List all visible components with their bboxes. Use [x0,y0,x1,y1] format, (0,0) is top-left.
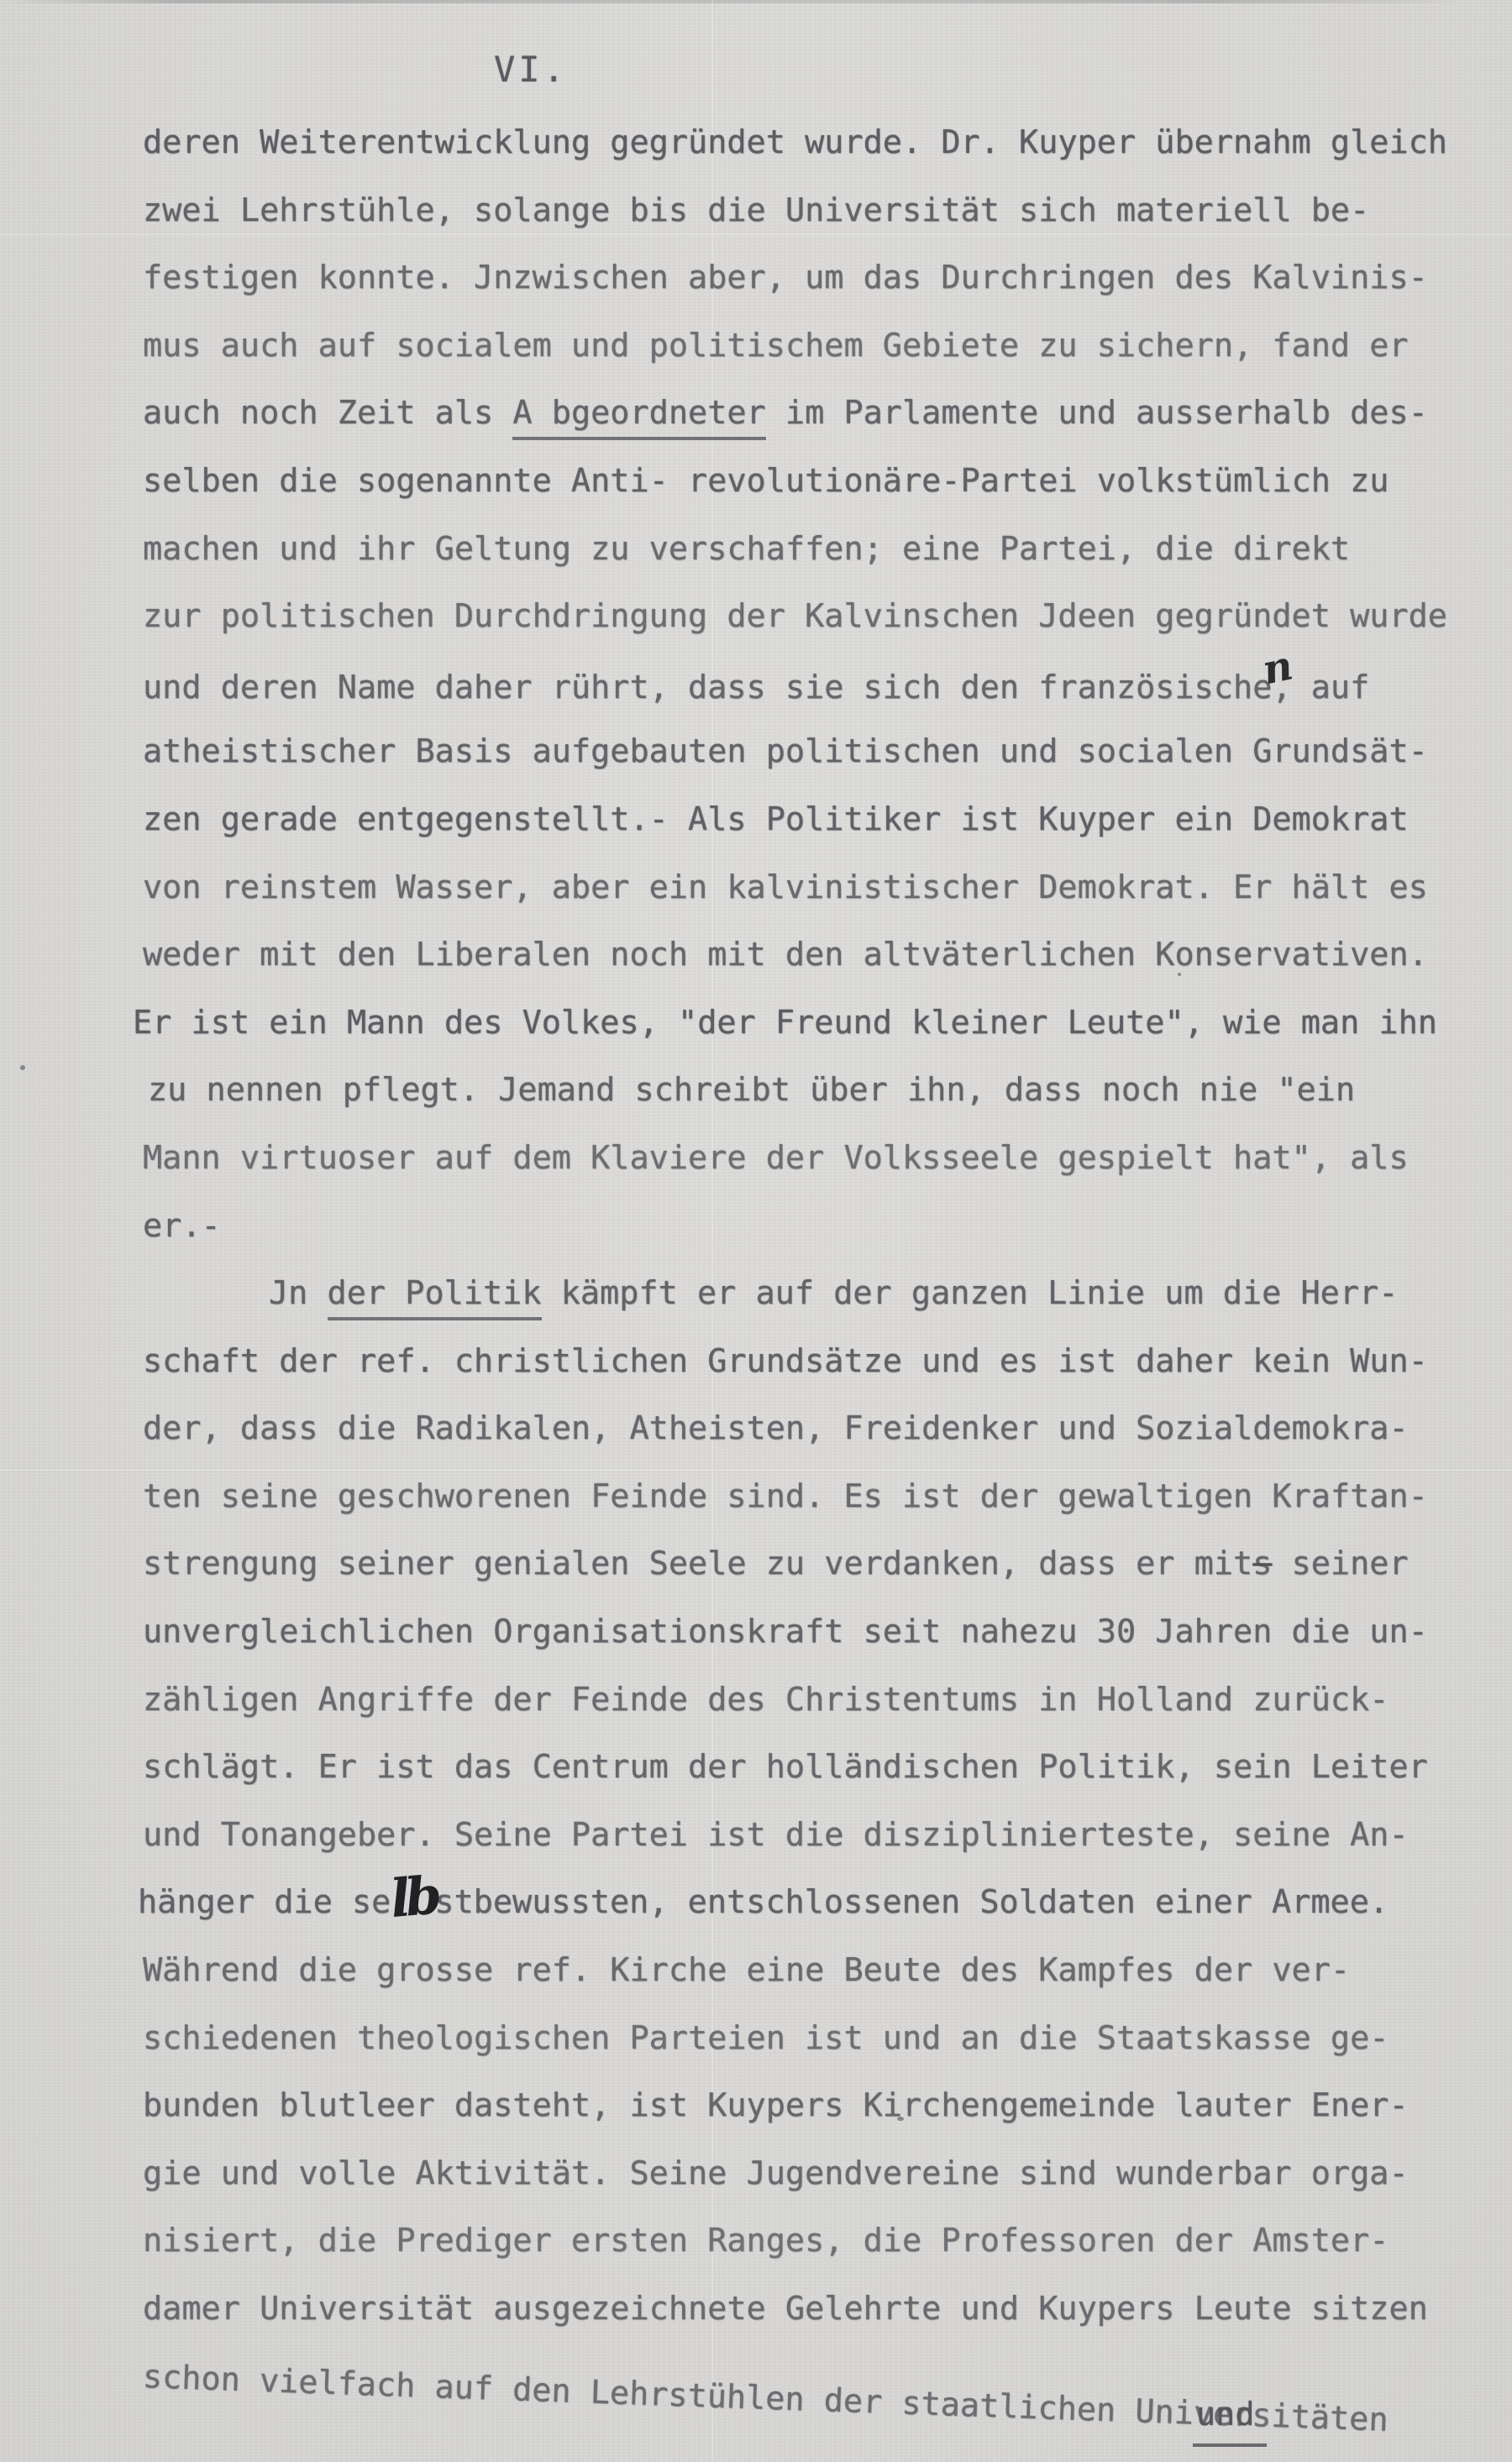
text-line: zähligen Angriffe der Feinde des Christe… [143,1667,1487,1735]
typed-text: und Tonangeber. Seine Partei ist die dis… [143,1816,1409,1854]
typed-text: deren Weiterentwicklung gegründet wurde.… [143,123,1447,161]
typed-text: auch noch Zeit als [143,394,512,432]
typed-text: hänger die se [138,1883,391,1921]
typed-text: kämpft er auf der ganzen Linie um die He… [542,1274,1399,1312]
text-line: Jn der Politik kämpft er auf der ganzen … [269,1260,1487,1328]
text-line: auch noch Zeit als A bgeordneter im Parl… [143,380,1487,448]
text-line: und Tonangeber. Seine Partei ist die dis… [143,1802,1487,1870]
underlined-text: der Politik [328,1274,542,1320]
text-line: Er ist ein Mann des Volkes, "der Freund … [133,990,1487,1058]
text-line: atheistischer Basis aufgebauten politisc… [143,718,1487,786]
typed-text: er.- [143,1207,221,1245]
typed-text: von reinstem Wasser, aber ein kalvinisti… [143,869,1428,906]
typed-text: machen und ihr Geltung zu verschaffen; e… [143,530,1350,568]
typed-text: schaft der ref. christlichen Grundsätze … [143,1342,1428,1380]
typed-text: nisiert, die Prediger ersten Ranges, die… [143,2222,1389,2260]
typed-text: im Parlamente und ausserhalb des- [766,394,1428,432]
text-line: deren Weiterentwicklung gegründet wurde.… [143,109,1487,177]
typed-text: Während die grosse ref. Kirche eine Beut… [143,1951,1350,1989]
typed-text: stbewussten, entschlossenen Soldaten ein… [434,1883,1389,1921]
typed-text: mus auch auf socialem und politischem Ge… [143,327,1409,365]
scan-speck [1178,973,1181,976]
text-line: damer Universität ausgezeichnete Gelehrt… [143,2276,1487,2344]
text-line: machen und ihr Geltung zu verschaffen; e… [143,516,1487,584]
text-line: schaft der ref. christlichen Grundsätze … [143,1328,1487,1396]
scan-top-edge-shadow [0,0,1512,3]
typed-text: gie und volle Aktivität. Seine Jugendver… [143,2155,1409,2192]
text-line: mus auch auf socialem und politischem Ge… [143,312,1487,381]
text-line: unvergleichlichen Organisationskraft sei… [143,1598,1487,1667]
typed-text: selben die sogenannte Anti- revolutionär… [143,462,1389,500]
typed-text: und deren Name daher rührt, dass sie sic… [143,669,1272,706]
underlined-text: A bgeordneter [512,394,765,440]
text-line: schlägt. Er ist das Centrum der holländi… [143,1734,1487,1802]
text-line: gie und volle Aktivität. Seine Jugendver… [143,2140,1487,2208]
struck-character: s [1252,1545,1272,1583]
text-line: zen gerade entgegenstellt.- Als Politike… [143,786,1487,854]
text-line: der, dass die Radikalen, Atheisten, Frei… [143,1395,1487,1463]
typed-text: strengung seiner genialen Seele zu verda… [143,1545,1252,1583]
typed-text: zen gerade entgegenstellt.- Als Politike… [143,801,1409,838]
typed-text: zu nennen pflegt. Jemand schreibt über i… [148,1071,1355,1109]
typed-text: zur politischen Durchdringung der Kalvin… [143,597,1447,635]
page-number-heading: VI. [494,49,568,90]
typed-text: Jn [269,1274,328,1312]
typed-text: zwei Lehrstühle, solange bis die Univers… [143,192,1369,229]
text-line: hänger die selbstbewussten, entschlossen… [138,1869,1487,1937]
text-lines: deren Weiterentwicklung gegründet wurde.… [143,109,1487,2411]
text-line: von reinstem Wasser, aber ein kalvinisti… [143,854,1487,922]
typed-text: Er ist ein Mann des Volkes, "der Freund … [133,1004,1437,1042]
typed-text: schiedenen theologischen Parteien ist un… [143,2019,1389,2057]
text-line: bunden blutleer dasteht, ist Kuypers Kir… [143,2072,1487,2140]
catchword-und: und [1193,2396,1267,2447]
typed-text: schlägt. Er ist das Centrum der holländi… [143,1748,1428,1786]
text-line: Während die grosse ref. Kirche eine Beut… [143,1937,1487,2005]
scan-speck [897,2117,904,2121]
text-line: selben die sogenannte Anti- revolutionär… [143,448,1487,516]
text-line: zwei Lehrstühle, solange bis die Univers… [143,177,1487,245]
text-line: ten seine geschworenen Feinde sind. Es i… [143,1463,1487,1531]
typed-text: atheistischer Basis aufgebauten politisc… [143,732,1428,770]
typed-text: Mann virtuoser auf dem Klaviere der Volk… [143,1139,1409,1177]
typed-text: seiner [1272,1545,1408,1583]
typed-text: festigen konnte. Jnzwischen aber, um das… [143,259,1428,297]
text-line: zur politischen Durchdringung der Kalvin… [143,583,1487,651]
text-line: schiedenen theologischen Parteien ist un… [143,2005,1487,2073]
typed-text: ten seine geschworenen Feinde sind. Es i… [143,1478,1428,1515]
text-line: strengung seiner genialen Seele zu verda… [143,1530,1487,1598]
text-line: Mann virtuoser auf dem Klaviere der Volk… [143,1125,1487,1193]
typed-text: zähligen Angriffe der Feinde des Christe… [143,1681,1389,1719]
typed-text: der, dass die Radikalen, Atheisten, Frei… [143,1409,1409,1447]
scan-speck [20,1065,25,1070]
typed-text: damer Universität ausgezeichnete Gelehrt… [143,2290,1428,2328]
text-line: er.- [143,1193,1487,1261]
handwritten-lb-insertion: lb [391,1896,434,1900]
text-line: zu nennen pflegt. Jemand schreibt über i… [148,1057,1487,1125]
text-line: schon vielfach auf den Lehrstühlen der s… [142,2344,1488,2458]
text-line: festigen konnte. Jnzwischen aber, um das… [143,244,1487,312]
typed-text: bunden blutleer dasteht, ist Kuypers Kir… [143,2087,1409,2124]
typed-text: unvergleichlichen Organisationskraft sei… [143,1613,1428,1651]
text-line: weder mit den Liberalen noch mit den alt… [143,921,1487,990]
text-line: nisiert, die Prediger ersten Ranges, die… [143,2207,1487,2276]
scanned-document-page: VI. deren Weiterentwicklung gegründet wu… [0,0,1512,2462]
text-line: und deren Name daher rührt, dass sie sic… [143,651,1487,719]
typed-text: weder mit den Liberalen noch mit den alt… [143,936,1428,974]
